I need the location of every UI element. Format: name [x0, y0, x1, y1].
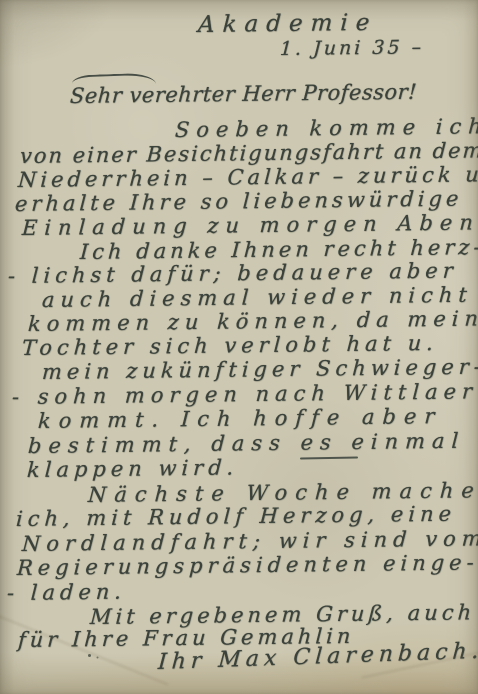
underline-stroke-einmal	[300, 456, 358, 459]
letter-place: Akademie	[197, 12, 378, 37]
letter-line: Regierungspräsidenten einge-	[16, 552, 478, 579]
letter-page: Akademie 1. Juni 35 – Sehr verehrter Her…	[0, 0, 478, 694]
letter-line: klappen wird.	[26, 457, 239, 481]
letter-line: kommt. Ich hoffe aber	[37, 406, 443, 432]
letter-line: Einladung zu morgen Abend.	[21, 212, 478, 239]
letter-line: - laden.	[6, 582, 126, 604]
letter-line: bestimmt, dass es einmal	[27, 431, 465, 457]
salutation-line: Sehr verehrter Herr Professor!	[69, 82, 417, 107]
letter-date: 1. Juni 35 –	[279, 38, 424, 59]
letter-line: mein zukünftiger Schwieger-	[41, 357, 478, 383]
letter-line: Soeben komme ich	[174, 116, 478, 141]
letter-line: ich, mit Rudolf Herzog, eine	[15, 504, 456, 530]
